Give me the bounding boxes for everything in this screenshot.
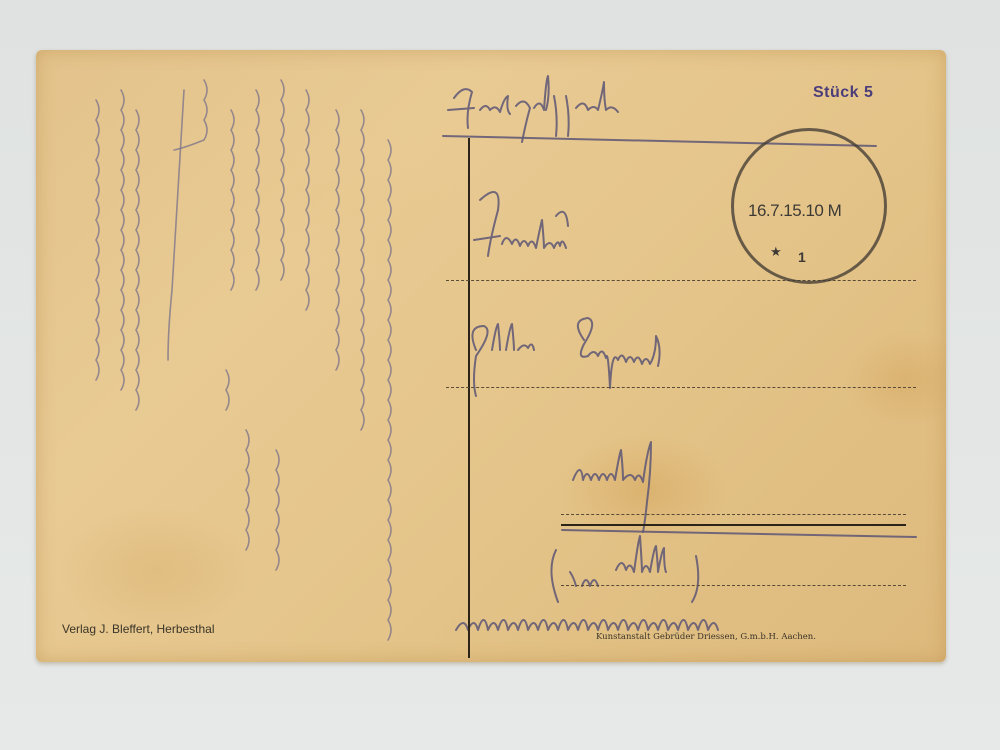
address-line-3 [561,514,906,515]
stamp-mark: Stück 5 [813,84,873,102]
postmark-number: 1 [798,249,806,265]
postmark-star-icon: ★ [770,245,782,260]
publisher-imprint: Verlag J. Bleffert, Herbesthal [62,622,215,636]
address-line-1 [446,280,916,281]
postmark: 16.7.15.10 M ★ 1 [731,128,887,284]
message-address-divider [468,138,470,658]
address-line-4 [561,585,906,586]
address-line-2 [446,387,916,388]
printer-imprint: Kunstanstalt Gebrüder Driessen, G.m.b.H.… [596,632,816,642]
postcard: Feldpostkarte Fräulein Ella Schwend Nien… [36,50,946,662]
address-underline [561,524,906,526]
postmark-date: 16.7.15.10 M [748,201,878,221]
